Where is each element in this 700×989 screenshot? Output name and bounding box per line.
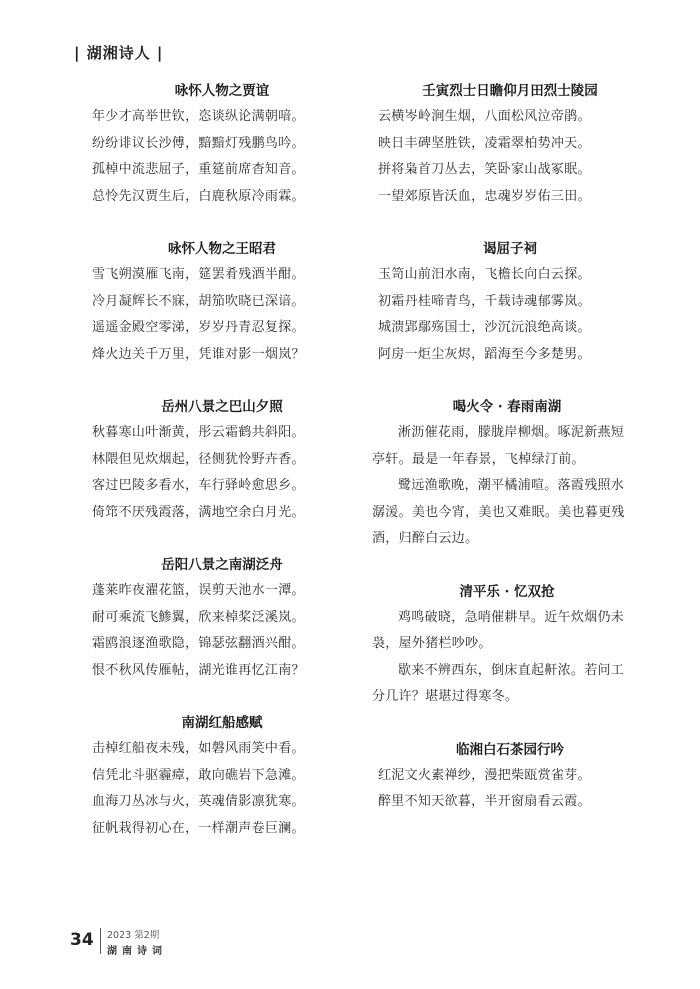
poem-line: 征帆栽得初心在，一样潮声卷巨澜。 — [92, 816, 352, 843]
poem-line: 孤棹中流悲屈子，重筵前席杳知音。 — [92, 157, 352, 184]
poem-line: 遥遥金殿空零涕，岁岁丹青忍复探。 — [92, 315, 352, 342]
ci-paragraph: 淅沥催花雨，朦胧岸柳烟。啄泥新燕短亭轩。最是一年春景，飞棹绿汀前。 — [372, 420, 634, 473]
ci-paragraph: 歇来不辨西东，倒床直起鼾浓。若问工分几许？堪堪过得寒冬。 — [372, 658, 634, 711]
poem-line: 阿房一炬尘灰烬，蹈海至今多楚男。 — [378, 342, 642, 369]
right-column: 壬寅烈士日瞻仰月田烈士陵园 云横岑岭涧生烟，八面松风泣帝鹃。 映日丰碑坚胜铁，凌… — [372, 78, 642, 816]
poem-line: 耐可乘流飞鯵翼，欣来棹桨泛溪岚。 — [92, 605, 352, 632]
poem-line: 映日丰碑坚胜铁，凌霜翠柏势冲天。 — [378, 131, 642, 158]
poem-line: 客过巴陵多看水，车行驿岭愈思乡。 — [92, 473, 352, 500]
poem-title: 咏怀人物之贾谊 — [92, 78, 352, 104]
poem-title: 清平乐 · 忆双抢 — [372, 579, 642, 605]
poem-line: 年少才高举世钦，恣谈纵论满朝喑。 — [92, 104, 352, 131]
poem-line: 纷纷诽议长沙傅，黯黯灯残鹏鸟吟。 — [92, 131, 352, 158]
poem-line: 蓬莱昨夜濯花篮，误剪天池水一潭。 — [92, 578, 352, 605]
poem-title: 谒屈子祠 — [378, 236, 642, 262]
poem-line: 醉里不知天欲暮，半开窗扇看云霞。 — [378, 789, 642, 816]
poem-line: 信凭北斗驱霾瘴，敢向礁岩下急滩。 — [92, 763, 352, 790]
poem: 岳州八景之巴山夕照 秋暮寒山叶渐黄，彤云霜鹤共斜阳。 林隈但见炊烟起，径侧犹怜野… — [92, 394, 352, 526]
poem-line: 霜鸥浪逐渔歌隐，锦瑟弦翻酒兴酣。 — [92, 631, 352, 658]
poem-line: 雪飞朔漠雁飞南，筵罢肴残酒半酣。 — [92, 262, 352, 289]
footer-divider — [100, 928, 101, 954]
poem-title: 临湘白石茶园行吟 — [378, 737, 642, 763]
poem: 岳阳八景之南湖泛舟 蓬莱昨夜濯花篮，误剪天池水一潭。 耐可乘流飞鯵翼，欣来棹桨泛… — [92, 552, 352, 684]
poem: 临湘白石茶园行吟 红泥文火素禅纱，漫把柴瓯赏雀芽。 醉里不知天欲暮，半开窗扇看云… — [372, 737, 642, 816]
issue-label: 2023 第2期 — [107, 927, 159, 941]
poem-title: 壬寅烈士日瞻仰月田烈士陵园 — [378, 78, 642, 104]
poem-title: 南湖红船感赋 — [92, 710, 352, 736]
poem-line: 一望郊原皆沃血，忠魂岁岁佑三田。 — [378, 184, 642, 211]
poem-line: 总怜先汉贾生后，白鹿秋原冷雨霖。 — [92, 184, 352, 211]
poem: 咏怀人物之王昭君 雪飞朔漠雁飞南，筵罢肴残酒半酣。 冷月凝辉长不寐，胡笳吹晓已深… — [92, 236, 352, 368]
poem: 壬寅烈士日瞻仰月田烈士陵园 云横岑岭涧生烟，八面松风泣帝鹃。 映日丰碑坚胜铁，凌… — [372, 78, 642, 210]
poem-title: 岳阳八景之南湖泛舟 — [92, 552, 352, 578]
poem-title: 咏怀人物之王昭君 — [92, 236, 352, 262]
poem-line: 秋暮寒山叶渐黄，彤云霜鹤共斜阳。 — [92, 420, 352, 447]
poem-line: 拼将枭首刀丛去，笑卧家山战冢眠。 — [378, 157, 642, 184]
ci-paragraph: 鹭远渔歌晚，潮平橘浦喧。落霞残照水潺湲。美也今宵，美也又难眠。美也暮更残酒，归醉… — [372, 473, 634, 553]
ci-paragraph: 鸡鸣破晓，急哨催耕早。近午炊烟仍未袅，屋外猪栏吵吵。 — [372, 605, 634, 658]
poem-line: 城溃郢鄢殇国士，沙沉沅浪绝高谈。 — [378, 315, 642, 342]
poem-line: 恨不秋风传雁帖，湖光谁再忆江南？ — [92, 658, 352, 685]
poem-line: 林隈但见炊烟起，径侧犹怜野卉香。 — [92, 447, 352, 474]
poem: 咏怀人物之贾谊 年少才高举世钦，恣谈纵论满朝喑。 纷纷诽议长沙傅，黯黯灯残鹏鸟吟… — [92, 78, 352, 210]
poem-line: 击棹红船夜未残，如磐风雨笑中看。 — [92, 736, 352, 763]
poem-title: 岳州八景之巴山夕照 — [92, 394, 352, 420]
poem-line: 倚筇不厌残霞落，满地空余白月光。 — [92, 500, 352, 527]
poem-line: 初霜丹桂啼青鸟，千载诗魂郁雾岚。 — [378, 289, 642, 316]
section-header: | 湖湘诗人 | — [74, 42, 163, 63]
poem-line: 血海刀丛冰与火，英魂倩影凛犹寒。 — [92, 789, 352, 816]
page-number: 34 — [70, 930, 94, 950]
left-column: 咏怀人物之贾谊 年少才高举世钦，恣谈纵论满朝喑。 纷纷诽议长沙傅，黯黯灯残鹏鸟吟… — [92, 78, 352, 842]
poem-line: 玉笥山前汨水南，飞檐长向白云探。 — [378, 262, 642, 289]
poem: 清平乐 · 忆双抢 鸡鸣破晓，急哨催耕早。近午炊烟仍未袅，屋外猪栏吵吵。 歇来不… — [372, 579, 642, 711]
poem-line: 烽火边关千万里，凭谁对影一烟岚？ — [92, 342, 352, 369]
poem-line: 冷月凝辉长不寐，胡笳吹晓已深谙。 — [92, 289, 352, 316]
poem-title: 喝火令 · 春雨南湖 — [372, 394, 642, 420]
poem: 南湖红船感赋 击棹红船夜未残，如磐风雨笑中看。 信凭北斗驱霾瘴，敢向礁岩下急滩。… — [92, 710, 352, 842]
magazine-logo: 湖南诗词 — [107, 942, 167, 957]
poem: 喝火令 · 春雨南湖 淅沥催花雨，朦胧岸柳烟。啄泥新燕短亭轩。最是一年春景，飞棹… — [372, 394, 642, 553]
poem-line: 云横岑岭涧生烟，八面松风泣帝鹃。 — [378, 104, 642, 131]
poem: 谒屈子祠 玉笥山前汨水南，飞檐长向白云探。 初霜丹桂啼青鸟，千载诗魂郁雾岚。 城… — [372, 236, 642, 368]
poem-line: 红泥文火素禅纱，漫把柴瓯赏雀芽。 — [378, 763, 642, 790]
